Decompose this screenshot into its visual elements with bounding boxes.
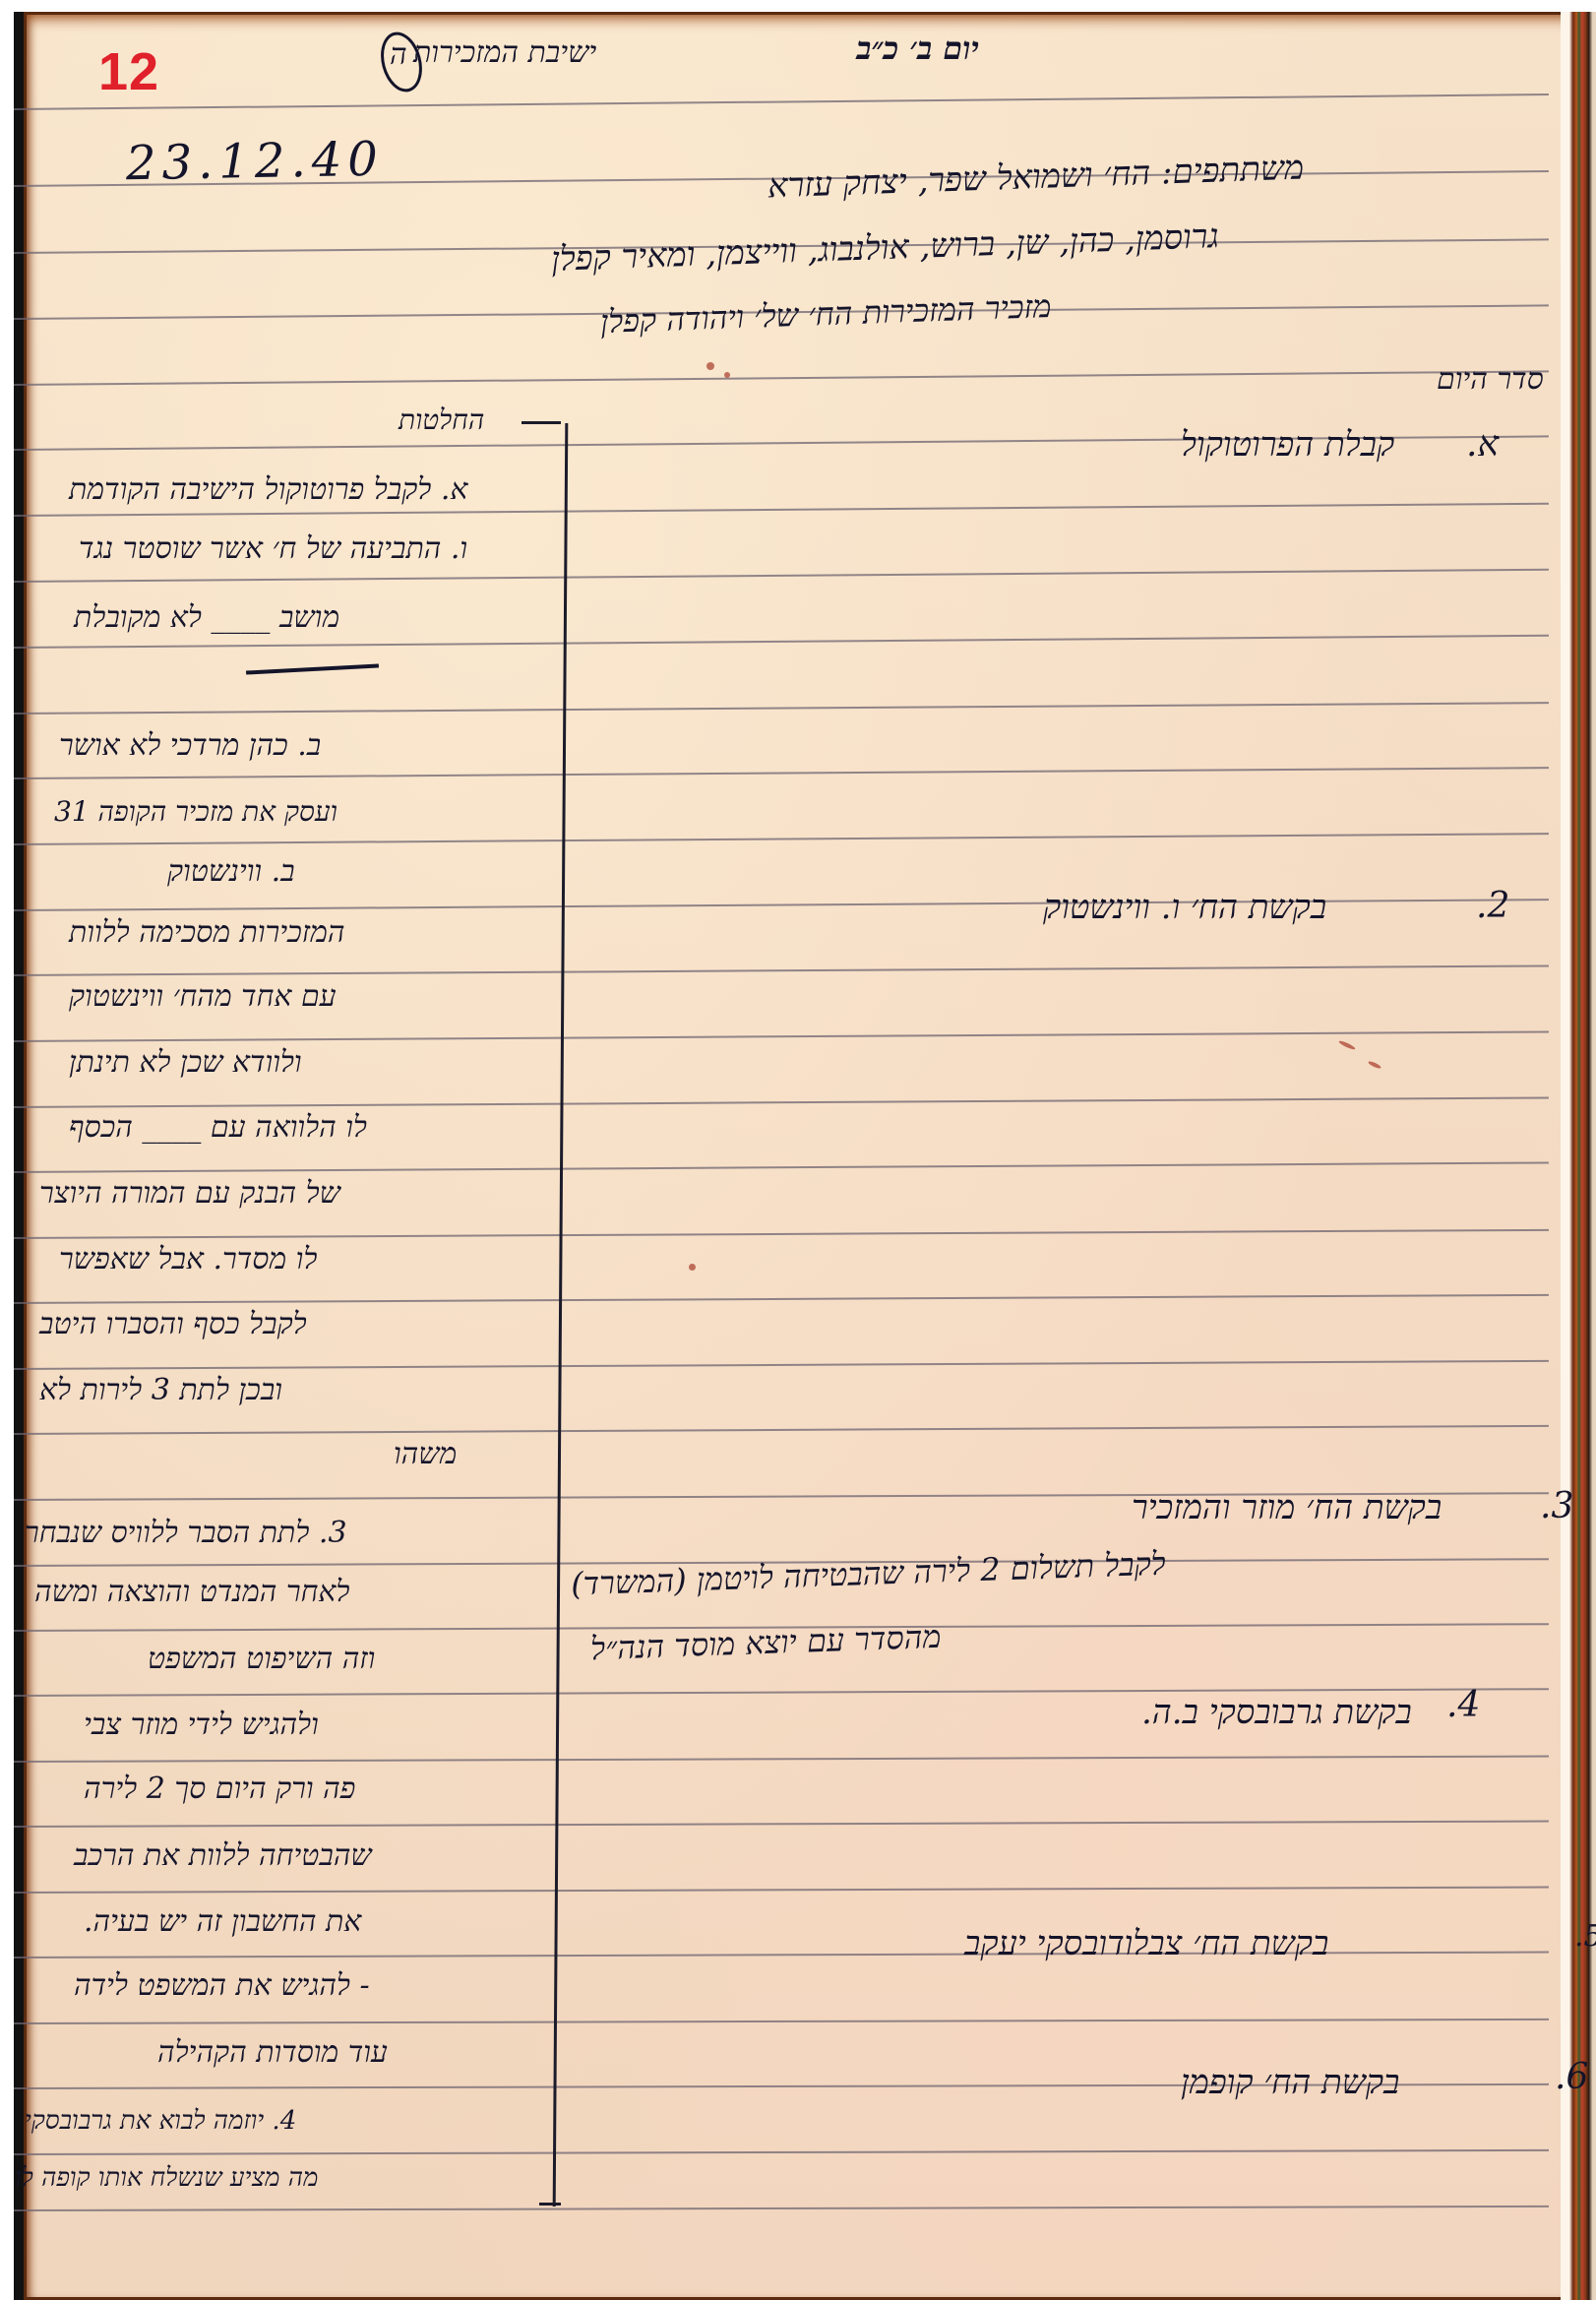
ink-stain [706,362,714,370]
decision-line: לו מסדר. אבל שאפשר [59,1242,317,1276]
notebook-binding-edge [1561,12,1596,2300]
decision-line: א. לקבל פרוטוקול הישיבה הקודמת [69,472,467,507]
decision-line: עוד מוסדות הקהילה [157,2035,388,2070]
ink-stain [724,372,730,378]
header-circled-letter: ה [390,37,407,72]
agenda-item-number: 3. [1540,1486,1573,1526]
agenda-item-text: בקשת הח׳ מוזר והמזכיר [1132,1488,1442,1527]
decision-line: וזה השיפוט המשפט [148,1642,375,1676]
agenda-item-text: בקשת גרבובסקי ב.ה. [1141,1693,1412,1732]
decision-line: ולהגיש לידי מוזר צבי [84,1708,319,1742]
decision-line: המזכירות מסכימה ללוות [69,915,345,950]
meeting-date: 23.12.40 [126,132,385,192]
agenda-item-text: בקשת הח׳ קופמן [1181,2063,1399,2102]
agenda-item-text: בקשת הח׳ ו. ווינשטוק [1043,888,1326,927]
decision-line: שהבטיחה ללוות את הרכב [74,1838,372,1873]
decision-line: ובכן לתת 3 לירות לא [39,1373,282,1407]
decision-line: לו הלוואה עם ____ הכסף [69,1110,367,1145]
agenda-item-number: א. [1466,423,1499,465]
decisions-box-corner [522,421,561,424]
agenda-label: סדר היום [1437,362,1544,397]
decision-line: ולוודא שכן לא תינתן [69,1045,302,1080]
decision-line: את החשבון זה יש בעיה. [84,1904,361,1939]
agenda-item-text: קבלת הפרוטוקול [1181,425,1394,465]
decision-line: עם אחד מהח׳ ווינשטוק [69,979,337,1014]
decision-line: ב. כהן מרדכי לא אושר [59,728,321,763]
decision-line: של הבנק עם המורה היוצר [39,1176,340,1211]
decision-line: ו. התביעה של ח׳ אשר שוסטר נגד [79,531,467,566]
agenda-item-number: 5. [1574,1919,1596,1954]
decision-line: פה ורק היום סך 2 לירה [84,1772,355,1806]
agenda-item-number: 2. [1476,886,1509,926]
decision-line: ועסק את מזכיר הקופה 31 [54,795,338,829]
meeting-title: ישיבת המזכירות [413,35,596,70]
day-label: יום ב׳ כ״ב [856,30,979,67]
ink-stain [689,1264,696,1271]
decisions-label: החלטות [399,404,484,437]
decision-line: משהו [394,1437,457,1471]
decision-line: - להגיש את המשפט לידה [74,1968,370,2003]
agenda-item-text: בקשת הח׳ צבלודובסקי יעקב [964,1924,1328,1963]
decision-line: מה מציע שנשלח אותו קופה לו [15,2163,318,2193]
decisions-box-corner [539,2203,561,2206]
decision-line: 4. יוזמה לבוא את גרבובסקי [25,2106,296,2136]
decision-line: לאחר המנדט והוצאה ומשה [34,1575,349,1609]
decision-line: מושב ____ לא מקובלת [74,600,339,635]
decision-line: לקבל כסף והסברו היטב [39,1307,307,1341]
agenda-item-number: 4. [1446,1685,1480,1725]
decision-line: 3. לתת הסבר ללוויס שנבחר [25,1516,347,1550]
page-number: 12 [98,41,159,102]
agenda-item-number: 6. [1555,2057,1588,2097]
decision-line: ב. ווינשטוק [167,854,295,889]
